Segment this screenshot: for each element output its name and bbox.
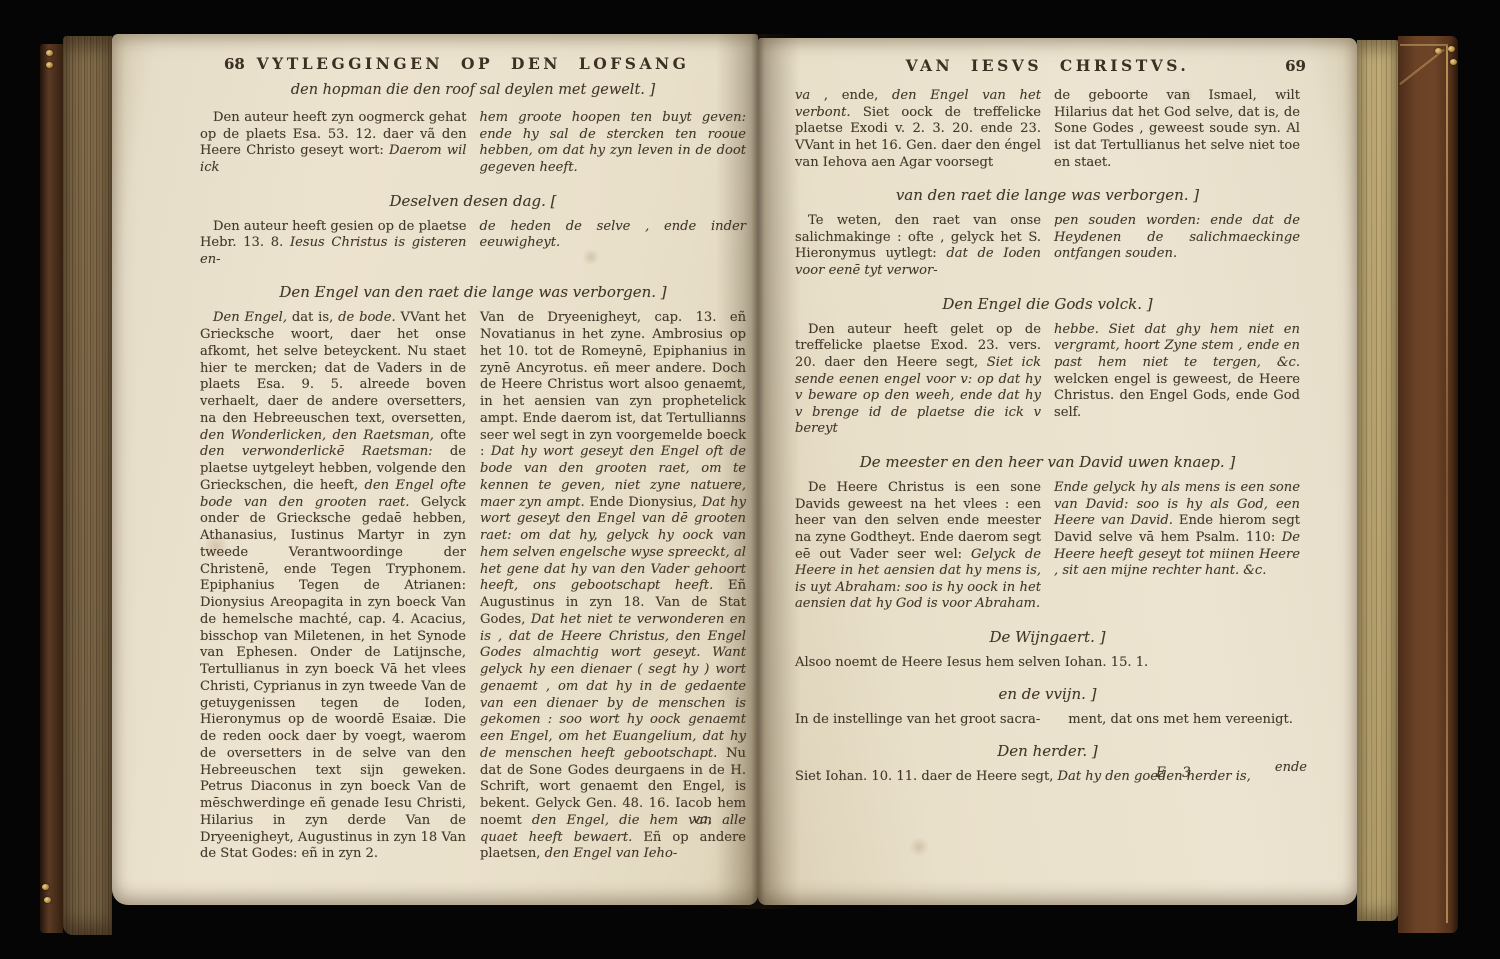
right-page-fore-edges xyxy=(1357,40,1398,921)
paragraph-quote: pen souden worden: ende dat de Heydenen … xyxy=(1054,213,1300,280)
page-number-left: 68 xyxy=(224,55,245,73)
section-heading: De meester en den heer van David uwen kn… xyxy=(795,453,1300,471)
gold-stud-icon xyxy=(44,897,51,903)
paragraph-quote: hem groote hoopen ten buyt geven: ende h… xyxy=(480,110,747,177)
paragraph-commentary: va , ende, den Engel van het verbont. Si… xyxy=(795,88,1041,171)
right-page-header: VAN IESVS CHRISTVS. 69 xyxy=(795,56,1300,80)
paragraph-commentary: Den auteur heeft gesien op de plaetse He… xyxy=(200,219,467,269)
paragraph-commentary: Den auteur heeft zyn oogmerck gehat op d… xyxy=(200,110,467,177)
paragraph-quote: Ende gelyck hy als mens is een sone van … xyxy=(1054,480,1300,613)
paragraph-commentary: Te weten, den raet van onse salichmaking… xyxy=(795,213,1041,280)
text-column-right: Van de Dryeenigheyt, cap. 13. eñ Novatia… xyxy=(480,310,746,863)
quire-signature: E 3 xyxy=(1156,765,1197,781)
main-text-columns: Den Engel, dat is, de bode. VVant het Gr… xyxy=(200,310,746,863)
gold-corner-line xyxy=(1399,49,1444,85)
split-line-commentary: In de instellinge van het groot sacra- m… xyxy=(795,712,1300,727)
running-title-right: VAN IESVS CHRISTVS. xyxy=(906,56,1190,75)
left-page-header: 68 VYTLEGGINGEN OP DEN LOFSANG xyxy=(200,54,746,78)
section-heading: en de vvijn. ] xyxy=(795,685,1300,703)
single-line-commentary: Alsoo noemt de Heere Iesus hem selven Io… xyxy=(795,655,1300,670)
section-heading: van den raet die lange was verborgen. ] xyxy=(795,186,1300,204)
left-page: 68 VYTLEGGINGEN OP DEN LOFSANG den hopma… xyxy=(112,34,758,905)
section-heading: Den Engel van den raet die lange was ver… xyxy=(200,283,746,301)
gold-fillet-line xyxy=(1400,44,1448,46)
book-photo-scene: 68 VYTLEGGINGEN OP DEN LOFSANG den hopma… xyxy=(0,0,1500,959)
gold-stud-icon xyxy=(1450,59,1457,65)
paragraph-quote: hebbe. Siet dat ghy hem niet en vergramt… xyxy=(1054,322,1300,438)
paragraph-commentary: de geboorte van Ismael, wilt Hilarius da… xyxy=(1054,88,1300,171)
catchword: va, xyxy=(693,812,712,827)
paragraph-row-1: va , ende, den Engel van het verbont. Si… xyxy=(795,88,1300,171)
right-page: VAN IESVS CHRISTVS. 69 va , ende, den En… xyxy=(758,38,1357,905)
gold-stud-icon xyxy=(42,884,49,890)
paragraph-commentary: De Heere Christus is een sone Davids gew… xyxy=(795,480,1041,613)
left-book-cover xyxy=(40,44,63,933)
section-heading: De Wijngaert. ] xyxy=(795,628,1300,646)
page-number-right: 69 xyxy=(1285,57,1306,75)
right-book-cover xyxy=(1398,36,1458,933)
gold-fillet-line xyxy=(1446,46,1448,923)
split-line-right: ment, dat ons met hem vereenigt. xyxy=(1068,712,1293,727)
paragraph-quote: de heden de selve , ende inder eeuwighey… xyxy=(480,219,747,269)
running-title-left: VYTLEGGINGEN OP DEN LOFSANG xyxy=(257,54,690,73)
gold-stud-icon xyxy=(1448,46,1455,52)
catchword: ende xyxy=(1275,760,1307,775)
text-column-left: Den Engel, dat is, de bode. VVant het Gr… xyxy=(200,310,466,863)
paragraph-commentary: Den auteur heeft gelet op de treffelicke… xyxy=(795,322,1041,438)
left-page-fore-edges xyxy=(63,36,112,935)
gold-stud-icon xyxy=(46,62,53,68)
paragraph-row-3: Den auteur heeft gelet op de treffelicke… xyxy=(795,322,1300,438)
section-heading: Deselven desen dag. [ xyxy=(200,192,746,210)
paragraph-row-2: Den auteur heeft gesien op de plaetse He… xyxy=(200,219,746,269)
single-line-commentary: Siet Iohan. 10. 11. daer de Heere segt, … xyxy=(795,769,1300,784)
split-line-left: In de instellinge van het groot sacra- xyxy=(795,712,1040,727)
gold-stud-icon xyxy=(1435,48,1442,54)
paragraph-row-4: De Heere Christus is een sone Davids gew… xyxy=(795,480,1300,613)
subtitle-line: den hopman die den roof sal deylen met g… xyxy=(200,82,746,98)
gold-stud-icon xyxy=(46,50,53,56)
paragraph-row-1: Den auteur heeft zyn oogmerck gehat op d… xyxy=(200,110,746,177)
paragraph-row-2: Te weten, den raet van onse salichmaking… xyxy=(795,213,1300,280)
section-heading: Den Engel die Gods volck. ] xyxy=(795,295,1300,313)
section-heading: Den herder. ] xyxy=(795,742,1300,760)
